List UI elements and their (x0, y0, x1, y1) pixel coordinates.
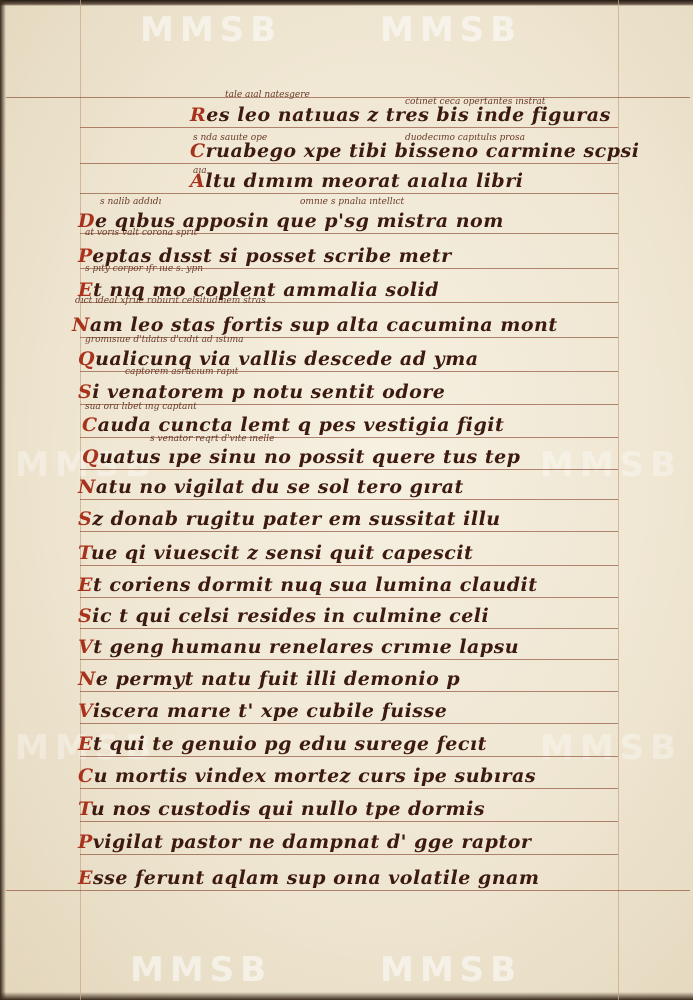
line-text: ic t qui celsi resides in culmine celi (92, 605, 489, 627)
text-line: Viscera marıe t' xpe cubile fuisse (78, 700, 447, 722)
line-text: e permyt natu fuit illi demonio p (96, 668, 460, 690)
rubricated-initial: R (190, 104, 206, 126)
ruled-line (80, 659, 618, 660)
rubricated-initial: S (78, 381, 92, 403)
ruled-line (80, 597, 618, 598)
rubricated-initial: P (78, 831, 93, 853)
line-text: iscera marıe t' xpe cubile fuisse (93, 700, 447, 722)
watermark: MMSB (540, 728, 682, 768)
rubricated-initial: T (78, 542, 91, 564)
rubricated-initial: E (78, 867, 93, 889)
ruled-line (6, 890, 690, 891)
text-line: Natu no vigilat du se sol tero gırat (78, 476, 464, 498)
ruled-line (80, 723, 618, 724)
ruled-line (80, 469, 618, 470)
interlinear-gloss: sua ora lıbet ıng captant (85, 402, 197, 412)
text-line: Si venatorem p notu sentit odore (78, 381, 445, 403)
line-text: ruabego xpe tibi bisseno carmine scpsi (206, 140, 640, 162)
line-text: auda cuncta lemt q pes vestigia figit (98, 414, 505, 436)
line-text: e qıbus apposin que p'sg mistra nom (95, 210, 504, 232)
rubricated-initial: A (190, 170, 205, 192)
line-text: t coriens dormit nuq sua lumina claudit (93, 574, 538, 596)
page-edge-top (0, 0, 693, 6)
rubricated-initial: C (78, 765, 94, 787)
watermark: MMSB (380, 950, 522, 990)
rubricated-initial: P (78, 245, 92, 267)
rubricated-initial: Q (82, 446, 99, 468)
text-line: Peptas dısst si posset scribe metr (78, 245, 452, 267)
text-line: Tu nos custodis qui nullo tpe dormis (78, 798, 485, 820)
interlinear-gloss: gromısıue d'tılatıs d'cıdıt ad ıstıma (85, 335, 243, 345)
text-line: Esse ferunt aqlam sup oına volatile gnam (78, 867, 539, 889)
rubricated-initial: D (78, 210, 95, 232)
line-text: ltu dımım meorat aıalıa libri (205, 170, 523, 192)
watermark: MMSB (140, 10, 282, 50)
manuscript-page: MMSB MMSB MMSB MMSB MMSB MMSB MMSB MMSB … (0, 0, 693, 1000)
rubricated-initial: E (78, 574, 93, 596)
interlinear-gloss: s nalib addıdı (100, 197, 161, 207)
watermark: MMSB (380, 10, 522, 50)
rubricated-initial: E (78, 733, 93, 755)
line-text: z donab rugitu pater em sussitat illu (92, 508, 500, 530)
rubricated-initial: N (78, 476, 96, 498)
line-text: eptas dısst si posset scribe metr (92, 245, 451, 267)
rubricated-initial: N (72, 314, 90, 336)
rubricated-initial: Q (78, 348, 95, 370)
rubricated-initial: C (190, 140, 206, 162)
text-line: Cauda cuncta lemt q pes vestigia figit (82, 414, 504, 436)
text-line: Et qui te genuio pg edıu surege fecıt (78, 733, 487, 755)
ruled-line (80, 788, 618, 789)
ruled-line (80, 854, 618, 855)
text-line: Res leo natıuas z tres bis inde figuras (190, 104, 611, 126)
interlinear-gloss: tale aıal natesgere (225, 90, 310, 100)
ruled-line (80, 821, 618, 822)
rubricated-initial: E (78, 279, 93, 301)
rubricated-initial: S (78, 508, 92, 530)
ruled-line (80, 127, 618, 128)
line-text: vigilat pastor ne dampnat d' gge raptor (93, 831, 532, 853)
text-line: Cu mortis vindex mortez curs ipe subıras (78, 765, 536, 787)
ruled-line (80, 163, 618, 164)
ruled-line (80, 499, 618, 500)
ruled-line (80, 628, 618, 629)
rubricated-initial: N (78, 668, 96, 690)
text-line: Vt geng humanu renelares crımıe lapsu (78, 636, 519, 658)
ruled-line (6, 97, 690, 98)
rubricated-initial: C (82, 414, 98, 436)
text-line: Cruabego xpe tibi bisseno carmine scpsi (190, 140, 639, 162)
line-text: u mortis vindex mortez curs ipe subıras (94, 765, 536, 787)
rubricated-initial: T (78, 798, 91, 820)
line-text: atu no vigilat du se sol tero gırat (96, 476, 464, 498)
line-text: u nos custodis qui nullo tpe dormis (91, 798, 485, 820)
line-text: ualicunq via vallis descede ad yma (95, 348, 479, 370)
interlinear-gloss: omnıe s pnalıa ıntellıct (300, 197, 404, 207)
line-text: ue qi viuescit z sensi quit capescit (91, 542, 473, 564)
ruled-line (80, 565, 618, 566)
text-line: Nam leo stas fortis sup alta cacumina mo… (72, 314, 558, 336)
text-line: Sic t qui celsi resides in culmine celi (78, 605, 489, 627)
page-edge-left (0, 0, 6, 1000)
watermark: MMSB (130, 950, 272, 990)
watermark: MMSB (540, 445, 682, 485)
text-line: Altu dımım meorat aıalıa libri (190, 170, 523, 192)
text-line: Quatus ıpe sinu no possit quere tus tep (82, 446, 520, 468)
text-line: Qualicunq via vallis descede ad yma (78, 348, 479, 370)
line-text: sse ferunt aqlam sup oına volatile gnam (93, 867, 539, 889)
line-text: am leo stas fortis sup alta cacumina mon… (90, 314, 558, 336)
rubricated-initial: V (78, 636, 93, 658)
line-text: i venatorem p notu sentit odore (92, 381, 445, 403)
line-text: es leo natıuas z tres bis inde figuras (206, 104, 610, 126)
line-text: t nıq mo coplent ammalia solid (93, 279, 439, 301)
text-line: Ne permyt natu fuit illi demonio p (78, 668, 460, 690)
rubricated-initial: S (78, 605, 92, 627)
text-line: De qıbus apposin que p'sg mistra nom (78, 210, 504, 232)
text-line: Et coriens dormit nuq sua lumina claudit (78, 574, 538, 596)
ruled-line (80, 756, 618, 757)
text-line: Tue qi viuescit z sensi quit capescit (78, 542, 473, 564)
text-line: Sz donab rugitu pater em sussitat illu (78, 508, 501, 530)
text-line: Et nıq mo coplent ammalia solid (78, 279, 439, 301)
ruled-line (80, 691, 618, 692)
line-text: t qui te genuio pg edıu surege fecıt (93, 733, 487, 755)
page-edge-bottom (0, 992, 693, 1000)
ruled-line (80, 193, 618, 194)
ruled-line (80, 531, 618, 532)
text-line: Pvigilat pastor ne dampnat d' gge raptor (78, 831, 531, 853)
line-text: t geng humanu renelares crımıe lapsu (93, 636, 519, 658)
line-text: uatus ıpe sinu no possit quere tus tep (99, 446, 520, 468)
rubricated-initial: V (78, 700, 93, 722)
